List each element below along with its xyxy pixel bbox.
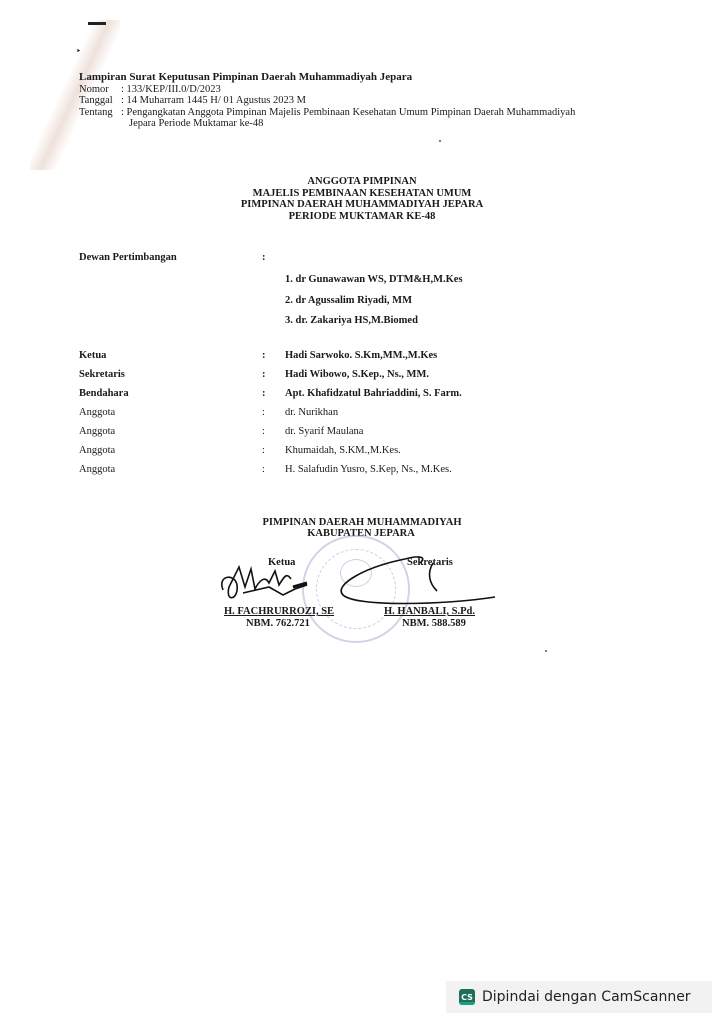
member-row-bendahara: Bendahara : Apt. Khafidzatul Bahriaddini… <box>79 384 539 403</box>
dewan-pertimbangan-list: 1. dr Gunawawan WS, DTM&H,M.Kes 2. dr Ag… <box>285 270 463 332</box>
member-row-anggota: Anggota : dr. Nurikhan <box>79 403 539 422</box>
scan-tick: ‣ <box>76 46 81 57</box>
ketua-name: H. FACHRURROZI, SE <box>224 606 334 617</box>
camscanner-logo-icon: CS <box>459 989 475 1005</box>
sekretaris-nbm: NBM. 588.589 <box>402 618 466 629</box>
ketua-nbm: NBM. 762.721 <box>246 618 310 629</box>
scan-speck <box>439 140 441 142</box>
document-header: Lampiran Surat Keputusan Pimpinan Daerah… <box>79 72 575 130</box>
list-item: 3. dr. Zakariya HS,M.Biomed <box>285 311 463 332</box>
field-tanggal: Tanggal : 14 Muharram 1445 H/ 01 Agustus… <box>79 95 575 107</box>
handwritten-signatures <box>215 545 515 615</box>
field-tentang-continuation: Jepara Periode Muktamar ke-48 <box>79 118 575 130</box>
member-row-anggota: Anggota : Khumaidah, S.KM.,M.Kes. <box>79 441 539 460</box>
camscanner-watermark: CS Dipindai dengan CamScanner <box>446 981 712 1013</box>
list-item: 1. dr Gunawawan WS, DTM&H,M.Kes <box>285 270 463 291</box>
scan-mark <box>88 22 106 25</box>
member-row-sekretaris: Sekretaris : Hadi Wibowo, S.Kep., Ns., M… <box>79 365 539 384</box>
scan-speck <box>545 650 547 652</box>
field-tentang: Tentang : Pengangkatan Anggota Pimpinan … <box>79 107 575 119</box>
sekretaris-name: H. HANBALI, S.Pd. <box>384 606 475 617</box>
list-item: 2. dr Agussalim Riyadi, MM <box>285 291 463 312</box>
dewan-pertimbangan-label: Dewan Pertimbangan <box>79 252 177 263</box>
field-nomor: Nomor : 133/KEP/III.0/D/2023 <box>79 84 575 96</box>
dewan-pertimbangan-colon: : <box>262 252 266 263</box>
member-row-ketua: Ketua : Hadi Sarwoko. S.Km,MM.,M.Kes <box>79 346 539 365</box>
members-table: Ketua : Hadi Sarwoko. S.Km,MM.,M.Kes Sek… <box>79 346 539 479</box>
member-row-anggota: Anggota : H. Salafudin Yusro, S.Kep, Ns.… <box>79 460 539 479</box>
watermark-text: Dipindai dengan CamScanner <box>482 989 691 1005</box>
document-heading: ANGGOTA PIMPINAN MAJELIS PEMBINAAN KESEH… <box>0 176 724 222</box>
attachment-title: Lampiran Surat Keputusan Pimpinan Daerah… <box>79 72 575 84</box>
member-row-anggota: Anggota : dr. Syarif Maulana <box>79 422 539 441</box>
